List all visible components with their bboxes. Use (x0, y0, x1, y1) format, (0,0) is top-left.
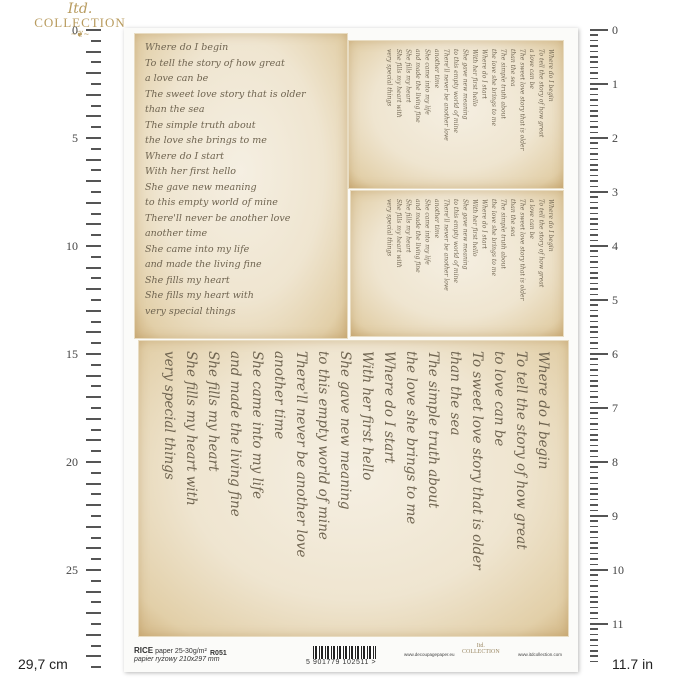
product-code: R051 (210, 650, 227, 657)
cm-minor-tick (91, 580, 101, 582)
inch-major-tick (590, 569, 608, 571)
inch-minor-tick (590, 196, 598, 198)
cm-minor-tick (91, 537, 101, 539)
inch-minor-tick (590, 213, 598, 215)
inch-minor-tick (590, 267, 598, 269)
inch-minor-tick (590, 256, 598, 258)
handwriting-bottom: Where do I beginTo tell the story of how… (158, 351, 554, 629)
cm-minor-tick (91, 558, 101, 560)
handwriting-line: She gave new meaning (145, 180, 306, 196)
inch-minor-tick (590, 223, 598, 225)
handwriting-line: Where do I begin (546, 199, 556, 331)
cm-minor-tick (91, 213, 101, 215)
handwriting-line: She fills my heart with (180, 351, 202, 629)
inch-tick-label: 2 (612, 132, 618, 144)
cm-major-tick (86, 159, 101, 161)
handwriting-line: than the sea (508, 49, 518, 184)
inch-minor-tick (590, 612, 598, 614)
cm-minor-tick (91, 407, 101, 409)
inch-minor-tick (590, 493, 598, 495)
cm-major-tick (86, 29, 101, 31)
handwriting-top-right: Where do I beginTo tell the story of how… (384, 49, 555, 184)
cm-minor-tick (91, 299, 101, 301)
handwriting-line: The simple truth about (422, 351, 444, 629)
inch-minor-tick (590, 250, 598, 252)
cm-major-tick (86, 439, 101, 441)
cm-major-tick (86, 375, 101, 377)
handwriting-line: and made the living fine (413, 199, 423, 331)
handwriting-line: another time (268, 351, 290, 629)
handwriting-line: to love can be (488, 351, 510, 629)
paper-top-left: Where do I beginTo tell the story of how… (134, 33, 348, 339)
cm-major-tick (86, 353, 101, 355)
handwriting-line: very special things (384, 199, 394, 331)
inch-tick-label: 10 (612, 564, 624, 576)
inch-minor-tick (590, 510, 598, 512)
cm-major-tick (86, 331, 101, 333)
inch-minor-tick (590, 450, 598, 452)
inch-major-tick (590, 407, 608, 409)
inch-minor-tick (590, 321, 598, 323)
handwriting-line: to this empty world of mine (312, 351, 334, 629)
inch-minor-tick (590, 348, 598, 350)
barcode-icon (313, 646, 376, 659)
inch-minor-tick (590, 661, 598, 663)
cm-minor-tick (91, 645, 101, 647)
handwriting-line: She fills my heart with (394, 199, 404, 331)
inch-minor-tick (590, 229, 598, 231)
inch-tick-label: 4 (612, 240, 618, 252)
inch-minor-tick (590, 126, 598, 128)
cm-minor-tick (91, 493, 101, 495)
cm-minor-tick (91, 601, 101, 603)
inch-minor-tick (590, 580, 598, 582)
handwriting-line: to this empty world of mine (451, 49, 461, 184)
inch-minor-tick (590, 596, 598, 598)
inch-minor-tick (590, 326, 598, 328)
handwriting-line: very special things (145, 304, 306, 320)
inch-minor-tick (590, 56, 598, 58)
inch-minor-tick (590, 601, 598, 603)
inch-minor-tick (590, 294, 598, 296)
cm-major-tick (86, 569, 101, 571)
handwriting-line: very special things (384, 49, 394, 184)
handwriting-line: She came into my life (422, 199, 432, 331)
inch-tick-label: 7 (612, 402, 618, 414)
inch-minor-tick (590, 396, 598, 398)
inch-minor-tick (590, 634, 598, 636)
handwriting-line: To tell the story of how great (536, 199, 546, 331)
inch-minor-tick (590, 202, 598, 204)
inch-minor-tick (590, 277, 598, 279)
inch-major-tick (590, 515, 608, 517)
handwriting-line: and made the living fine (224, 351, 246, 629)
inch-major-tick (590, 29, 608, 31)
cm-major-tick (86, 396, 101, 398)
cm-major-tick (86, 288, 101, 290)
handwriting-line: the love she brings to me (400, 351, 422, 629)
handwriting-line: The simple truth about (498, 49, 508, 184)
inch-minor-tick (590, 99, 598, 101)
inch-major-tick (590, 137, 608, 139)
inch-minor-tick (590, 342, 598, 344)
inch-minor-tick (590, 385, 598, 387)
handwriting-line: The simple truth about (498, 199, 508, 331)
rice-spec: paper 25-30g/m² (155, 648, 207, 655)
inch-minor-tick (590, 499, 598, 501)
handwriting-line: There'll never be another love (290, 351, 312, 629)
inch-minor-tick (590, 40, 598, 42)
cm-major-tick (86, 547, 101, 549)
cm-major-tick (86, 202, 101, 204)
handwriting-top-left: Where do I beginTo tell the story of how… (145, 40, 306, 319)
cm-minor-tick (91, 515, 101, 517)
inch-major-tick (590, 299, 608, 301)
inch-minor-tick (590, 315, 598, 317)
handwriting-line: She fills my heart (403, 49, 413, 184)
cm-major-tick (86, 655, 101, 657)
inch-major-tick (590, 623, 608, 625)
cm-tick-label: 5 (72, 132, 78, 144)
inch-minor-tick (590, 142, 598, 144)
cm-tick-label: 15 (66, 348, 78, 360)
handwriting-line: The sweet love story that is older (517, 49, 527, 184)
inch-minor-tick (590, 531, 598, 533)
barcode-number: 5 901779 102511 > (306, 659, 376, 666)
handwriting-line: She fills my heart with (394, 49, 404, 184)
handwriting-line: With her first hello (470, 49, 480, 184)
inch-minor-tick (590, 375, 598, 377)
handwriting-line: She came into my life (145, 242, 306, 258)
handwriting-line: Where do I begin (145, 40, 306, 56)
inch-minor-tick (590, 105, 598, 107)
cm-tick-label: 20 (66, 456, 78, 468)
inch-minor-tick (590, 34, 598, 36)
handwriting-line: She came into my life (422, 49, 432, 184)
cm-ruler: 0510152025 (0, 0, 124, 700)
handwriting-line: To tell the story of how great (510, 351, 532, 629)
cm-major-tick (86, 94, 101, 96)
inch-minor-tick (590, 337, 598, 339)
cm-major-tick (86, 504, 101, 506)
inch-tick-label: 11 (612, 618, 624, 630)
handwriting-line: and made the living fine (413, 49, 423, 184)
handwriting-line: The simple truth about (145, 118, 306, 134)
inch-minor-tick (590, 234, 598, 236)
inch-minor-tick (590, 553, 598, 555)
cm-tick-label: 25 (66, 564, 78, 576)
handwriting-line: The sweet love story that is older (517, 199, 527, 331)
inch-minor-tick (590, 331, 598, 333)
inch-minor-tick (590, 153, 598, 155)
handwriting-line: There'll never be another love (441, 49, 451, 184)
handwriting-line: the love she brings to me (145, 133, 306, 149)
inch-minor-tick (590, 164, 598, 166)
inch-minor-tick (590, 607, 598, 609)
handwriting-line: She fills my heart (403, 199, 413, 331)
inch-minor-tick (590, 618, 598, 620)
cm-major-tick (86, 612, 101, 614)
inch-minor-tick (590, 591, 598, 593)
inch-tick-label: 8 (612, 456, 618, 468)
inch-major-tick (590, 83, 608, 85)
handwriting-line: another time (145, 226, 306, 242)
height-cm-label: 29,7 cm (18, 656, 68, 672)
inch-minor-tick (590, 94, 598, 96)
cm-major-tick (86, 591, 101, 593)
cm-major-tick (86, 418, 101, 420)
handwriting-line: She came into my life (246, 351, 268, 629)
handwriting-line: To tell the story of how great (145, 56, 306, 72)
handwriting-line: To tell the story of how great (536, 49, 546, 184)
inch-minor-tick (590, 537, 598, 539)
inch-minor-tick (590, 72, 598, 74)
inch-minor-tick (590, 132, 598, 134)
handwriting-line: a love can be (527, 199, 537, 331)
inch-minor-tick (590, 364, 598, 366)
footer-logo-word: COLLECTION (462, 649, 500, 655)
handwriting-line: Where do I begin (532, 351, 554, 629)
inch-minor-tick (590, 639, 598, 641)
cm-minor-tick (91, 169, 101, 171)
inch-minor-tick (590, 175, 598, 177)
inch-minor-tick (590, 466, 598, 468)
handwriting-line: She fills my heart (145, 273, 306, 289)
handwriting-line: than the sea (444, 351, 466, 629)
inch-minor-tick (590, 369, 598, 371)
cm-major-tick (86, 137, 101, 139)
handwriting-line: to this empty world of mine (451, 199, 461, 331)
inch-major-tick (590, 191, 608, 193)
inch-minor-tick (590, 429, 598, 431)
rice-paper-spec: RICE paper 25-30g/m² papier ryżowy 210x2… (134, 647, 220, 664)
inch-minor-tick (590, 564, 598, 566)
inch-minor-tick (590, 261, 598, 263)
handwriting-line: She gave new meaning (334, 351, 356, 629)
cm-minor-tick (91, 277, 101, 279)
inch-minor-tick (590, 412, 598, 414)
cm-minor-tick (91, 429, 101, 431)
handwriting-line: the love she brings to me (489, 199, 499, 331)
inch-minor-tick (590, 272, 598, 274)
inch-ruler: 01234567891011 (578, 0, 700, 700)
url-decoupage[interactable]: www.decoupagepaper.eu (404, 652, 455, 657)
inch-minor-tick (590, 488, 598, 490)
inch-minor-tick (590, 418, 598, 420)
inch-minor-tick (590, 304, 598, 306)
paper-top-right: Where do I beginTo tell the story of how… (348, 40, 564, 189)
handwriting-line: With her first hello (145, 164, 306, 180)
cm-minor-tick (91, 623, 101, 625)
inch-minor-tick (590, 186, 598, 188)
inch-minor-tick (590, 51, 598, 53)
rice-paper-sheet: Where do I beginTo tell the story of how… (124, 28, 578, 672)
inch-minor-tick (590, 574, 598, 576)
handwriting-line: There'll never be another love (145, 211, 306, 227)
handwriting-line: There'll never be another love (441, 199, 451, 331)
cm-minor-tick (91, 666, 101, 668)
handwriting-line: a love can be (527, 49, 537, 184)
cm-minor-tick (91, 472, 101, 474)
inch-minor-tick (590, 380, 598, 382)
inch-minor-tick (590, 207, 598, 209)
height-inch-label: 11.7 in (612, 656, 653, 672)
cm-minor-tick (91, 342, 101, 344)
cm-minor-tick (91, 234, 101, 236)
footer-logo: Itd. COLLECTION (462, 643, 500, 655)
inch-minor-tick (590, 445, 598, 447)
inch-minor-tick (590, 310, 598, 312)
inch-minor-tick (590, 288, 598, 290)
inch-minor-tick (590, 240, 598, 242)
inch-minor-tick (590, 520, 598, 522)
inch-minor-tick (590, 180, 598, 182)
handwriting-line: Where do I start (479, 49, 489, 184)
handwriting-line: She gave new meaning (460, 49, 470, 184)
handwriting-line: To sweet love story that is older (466, 351, 488, 629)
inch-minor-tick (590, 159, 598, 161)
inch-minor-tick (590, 477, 598, 479)
handwriting-line: very special things (158, 351, 180, 629)
inch-minor-tick (590, 358, 598, 360)
cm-minor-tick (91, 83, 101, 85)
inch-minor-tick (590, 218, 598, 220)
inch-minor-tick (590, 45, 598, 47)
inch-minor-tick (590, 456, 598, 458)
cm-minor-tick (91, 256, 101, 258)
handwriting-line: another time (432, 49, 442, 184)
cm-major-tick (86, 310, 101, 312)
url-itdcollection[interactable]: www.itdcollection.com (518, 652, 562, 657)
inch-minor-tick (590, 526, 598, 528)
inch-minor-tick (590, 542, 598, 544)
handwriting-line: Where do I start (145, 149, 306, 165)
cm-major-tick (86, 180, 101, 182)
handwriting-line: the love she brings to me (489, 49, 499, 184)
cm-minor-tick (91, 321, 101, 323)
inch-minor-tick (590, 391, 598, 393)
handwriting-line: With her first hello (470, 199, 480, 331)
handwriting-line: another time (432, 199, 442, 331)
inch-tick-label: 0 (612, 24, 618, 36)
cm-major-tick (86, 483, 101, 485)
cm-major-tick (86, 526, 101, 528)
handwriting-line: Where do I begin (546, 49, 556, 184)
inch-tick-label: 9 (612, 510, 618, 522)
handwriting-line: The sweet love story that is older (145, 87, 306, 103)
inch-minor-tick (590, 483, 598, 485)
cm-minor-tick (91, 450, 101, 452)
handwriting-line: With her first hello (356, 351, 378, 629)
inch-minor-tick (590, 61, 598, 63)
inch-minor-tick (590, 558, 598, 560)
inch-minor-tick (590, 67, 598, 69)
cm-minor-tick (91, 40, 101, 42)
cm-tick-label: 10 (66, 240, 78, 252)
handwriting-line: Where do I start (378, 351, 400, 629)
inch-minor-tick (590, 169, 598, 171)
handwriting-line: and made the living fine (145, 257, 306, 273)
handwriting-line: She fills my heart (202, 351, 224, 629)
inch-minor-tick (590, 585, 598, 587)
inch-minor-tick (590, 434, 598, 436)
cm-minor-tick (91, 105, 101, 107)
handwriting-line: a love can be (145, 71, 306, 87)
inch-tick-label: 3 (612, 186, 618, 198)
inch-minor-tick (590, 439, 598, 441)
cm-minor-tick (91, 61, 101, 63)
handwriting-line: than the sea (508, 199, 518, 331)
cm-tick-label: 0 (72, 24, 78, 36)
inch-minor-tick (590, 115, 598, 117)
cm-major-tick (86, 461, 101, 463)
handwriting-middle-right: Where do I beginTo tell the story of how… (384, 199, 555, 331)
inch-major-tick (590, 245, 608, 247)
cm-major-tick (86, 267, 101, 269)
inch-minor-tick (590, 472, 598, 474)
cm-major-tick (86, 115, 101, 117)
inch-minor-tick (590, 148, 598, 150)
inch-minor-tick (590, 88, 598, 90)
handwriting-line: She fills my heart with (145, 288, 306, 304)
rice-label: RICE (134, 646, 153, 655)
cm-major-tick (86, 634, 101, 636)
inch-tick-label: 1 (612, 78, 618, 90)
cm-minor-tick (91, 385, 101, 387)
cm-major-tick (86, 245, 101, 247)
inch-minor-tick (590, 547, 598, 549)
handwriting-line: to this empty world of mine (145, 195, 306, 211)
inch-minor-tick (590, 121, 598, 123)
cm-minor-tick (91, 364, 101, 366)
handwriting-line: She gave new meaning (460, 199, 470, 331)
cm-major-tick (86, 51, 101, 53)
inch-tick-label: 6 (612, 348, 618, 360)
inch-major-tick (590, 461, 608, 463)
cm-minor-tick (91, 148, 101, 150)
inch-minor-tick (590, 402, 598, 404)
inch-minor-tick (590, 78, 598, 80)
inch-minor-tick (590, 655, 598, 657)
inch-major-tick (590, 353, 608, 355)
paper-middle-right: Where do I beginTo tell the story of how… (350, 190, 564, 337)
cm-major-tick (86, 72, 101, 74)
handwriting-line: than the sea (145, 102, 306, 118)
paper-bottom: Where do I beginTo tell the story of how… (138, 340, 569, 637)
handwriting-line: Where do I start (479, 199, 489, 331)
cm-major-tick (86, 223, 101, 225)
cm-minor-tick (91, 191, 101, 193)
inch-minor-tick (590, 645, 598, 647)
inch-minor-tick (590, 504, 598, 506)
rice-sub: papier ryżowy 210x297 mm (134, 656, 220, 663)
inch-minor-tick (590, 110, 598, 112)
inch-tick-label: 5 (612, 294, 618, 306)
cm-minor-tick (91, 126, 101, 128)
inch-minor-tick (590, 423, 598, 425)
inch-minor-tick (590, 650, 598, 652)
inch-minor-tick (590, 628, 598, 630)
inch-minor-tick (590, 283, 598, 285)
